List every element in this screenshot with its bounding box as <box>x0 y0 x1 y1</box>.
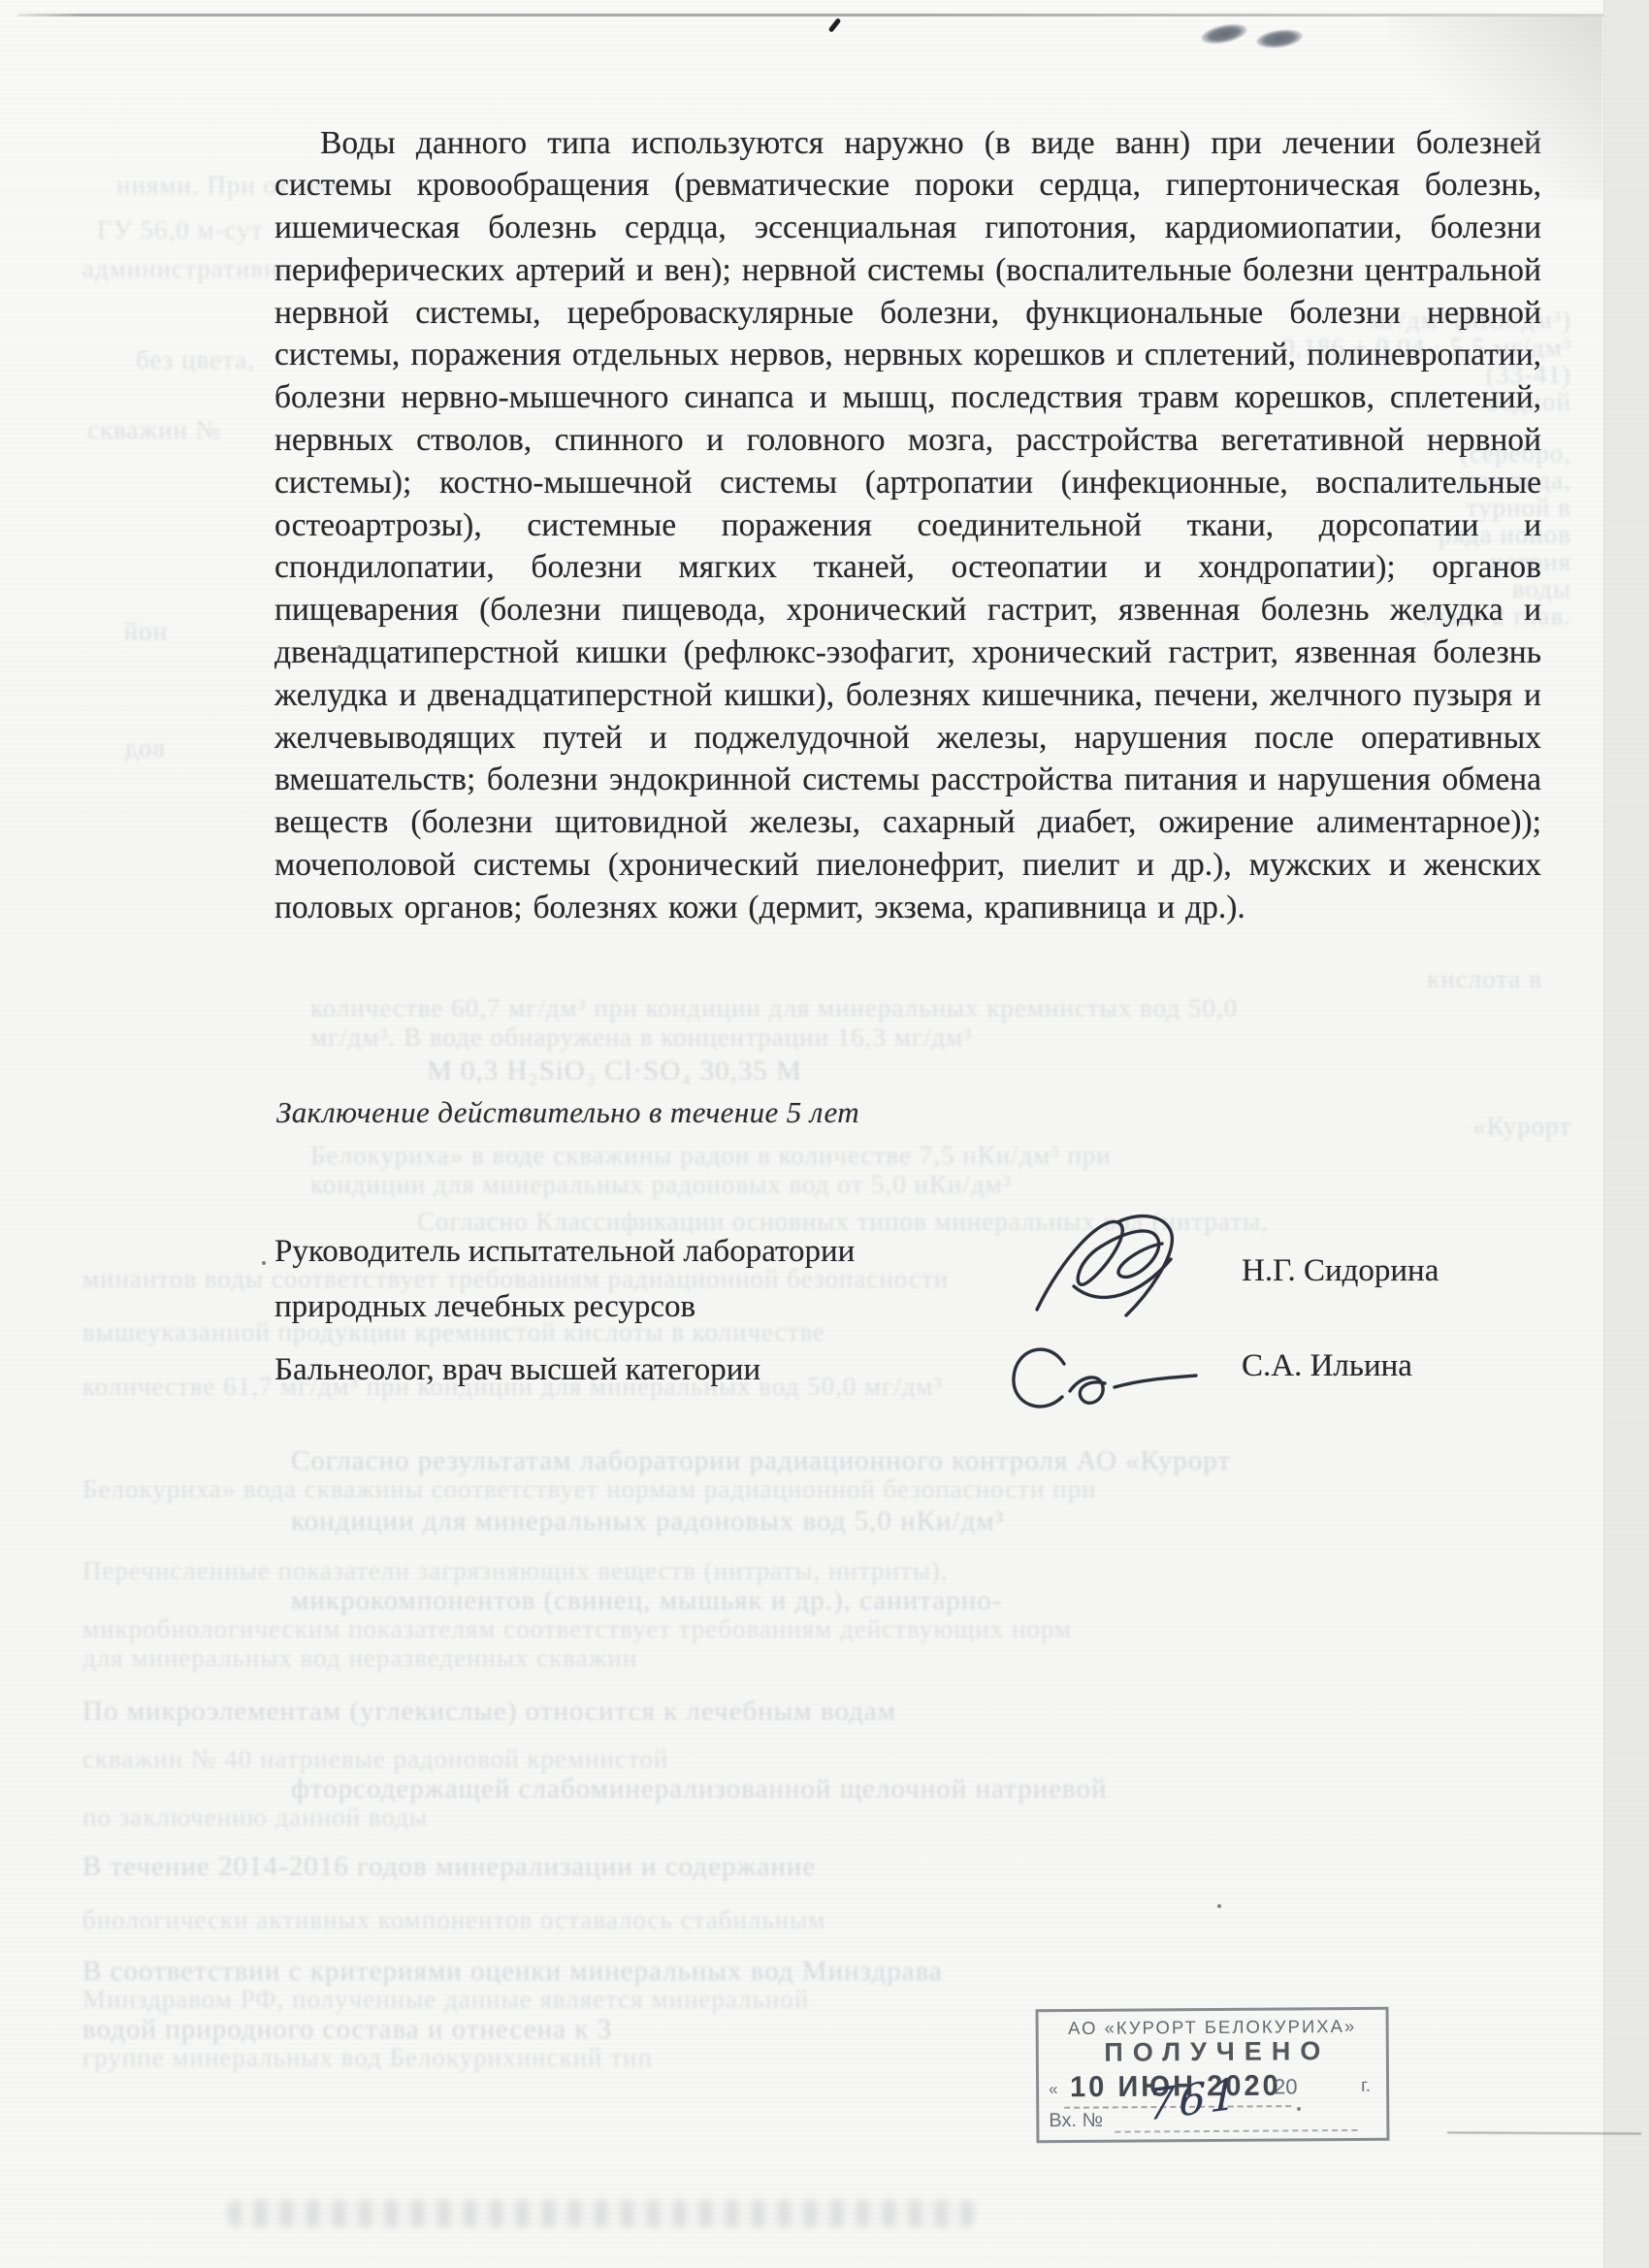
scan-edge-strip <box>1603 0 1649 2268</box>
ghost-text-line: скважин № 40 натриевые радоновой кремнис… <box>82 1744 1537 1774</box>
signatory-title-balneologist: Бальнеолог, врач высшей категории <box>275 1343 760 1398</box>
staple-mark <box>1200 20 1249 48</box>
signatory-name: Н.Г. Сидорина <box>1242 1253 1439 1289</box>
ghost-text-line: Минздравом РФ, полученные данные являетс… <box>82 1985 1014 2015</box>
ghost-text-line: для минеральных вод неразведенных скважи… <box>82 1643 1246 1673</box>
speck <box>1217 1904 1221 1908</box>
ghost-text-line: мг/дм³. В воде обнаружена в концентрации… <box>310 1022 1552 1053</box>
ghost-text-line: Белокуриха» вода скважины соответствует … <box>82 1474 1596 1505</box>
ghost-text-line: По микроэлементам (углекислые) относится… <box>82 1696 1537 1728</box>
scan-line-artifact <box>1447 2131 1641 2134</box>
ghost-text-line: водой природного состава и отнесена к 3 <box>82 2014 1014 2046</box>
signatory-title-lab-head: Руководитель испытательной лаборатории п… <box>275 1224 855 1335</box>
ghost-text-line: микрокомпонентов (свинец, мышьяк и др.),… <box>291 1585 1552 1617</box>
ghost-text-line: количестве 60,7 мг/дм³ при кондиции для … <box>310 993 1552 1023</box>
stamp-received-label: ПОЛУЧЕНО <box>1039 2036 1386 2068</box>
ghost-text-line: М 0,3 H₂SiO₃ Cl·SO₄ 30,35 М <box>427 1055 1300 1087</box>
stamp-reg-label: Вх. № <box>1049 2110 1103 2131</box>
validity-note: Заключение действительно в течение 5 лет <box>276 1095 859 1130</box>
ghost-text-line: «Курорт <box>1329 1112 1571 1142</box>
pen-mark <box>828 17 842 33</box>
ghost-text-line: В течение 2014-2016 годов минерализации … <box>82 1851 1567 1883</box>
main-paragraph: Воды данного типа используются наружно (… <box>275 122 1541 929</box>
staple-mark <box>1255 27 1304 51</box>
speck <box>338 645 341 649</box>
ghost-text-line: Белокуриха» в воде скважины радон в коли… <box>310 1141 1552 1171</box>
stamp-year-printed: 20 <box>1274 2074 1298 2099</box>
speck <box>262 1261 266 1265</box>
ghost-text-line: биологически активных компонентов остава… <box>82 1905 1567 1935</box>
ghost-text-line: Перечисленные показатели загрязняющих ве… <box>82 1556 1537 1586</box>
signatory-title-line: Руководитель испытательной лаборатории <box>275 1224 855 1280</box>
ghost-text-line: фторсодержащей слабоминерализованной щел… <box>291 1773 1552 1805</box>
speck <box>1297 2107 1301 2111</box>
scanner-shadow <box>1387 16 1602 200</box>
stamp-open-quote: « <box>1049 2080 1058 2099</box>
signatory-title-line: природных лечебных ресурсов <box>275 1280 855 1335</box>
signature-sidorina-autograph <box>1023 1201 1246 1337</box>
ghost-text-line: по заключению данной воды <box>82 1802 955 1832</box>
ghost-text-line: вод <box>48 733 165 763</box>
ghost-text-line: группе минеральных вод Белокурихинский т… <box>82 2043 1014 2073</box>
ghost-text-line: Согласно результатам лаборатории радиаци… <box>291 1445 1581 1477</box>
ghost-text-line: В соответствии с критериями оценки минер… <box>82 1956 1567 1988</box>
ghost-text-line: кислота в <box>1174 964 1542 994</box>
received-stamp: АО «КУРОРТ БЕЛОКУРИХА» ПОЛУЧЕНО « 10 ИЮН… <box>1036 2007 1390 2144</box>
signatory-title-line: Бальнеолог, врач высшей категории <box>275 1343 760 1398</box>
ghost-text-line: ной <box>50 617 167 647</box>
ghost-text-line: микробиологическим показателям соответст… <box>82 1614 1596 1644</box>
ghost-text-line: кондиции для минеральных радоновых вод о… <box>310 1170 1552 1200</box>
scanned-document-page: ниями. При откачке ГУ 56,0 м-сут админис… <box>0 0 1649 2268</box>
ghost-text-line: кондиции для минеральных радоновых вод 5… <box>291 1506 1503 1538</box>
signatory-name: С.А. Ильина <box>1242 1348 1412 1384</box>
smudge-artifact <box>228 2200 975 2227</box>
stamp-year-suffix: г. <box>1361 2076 1371 2097</box>
